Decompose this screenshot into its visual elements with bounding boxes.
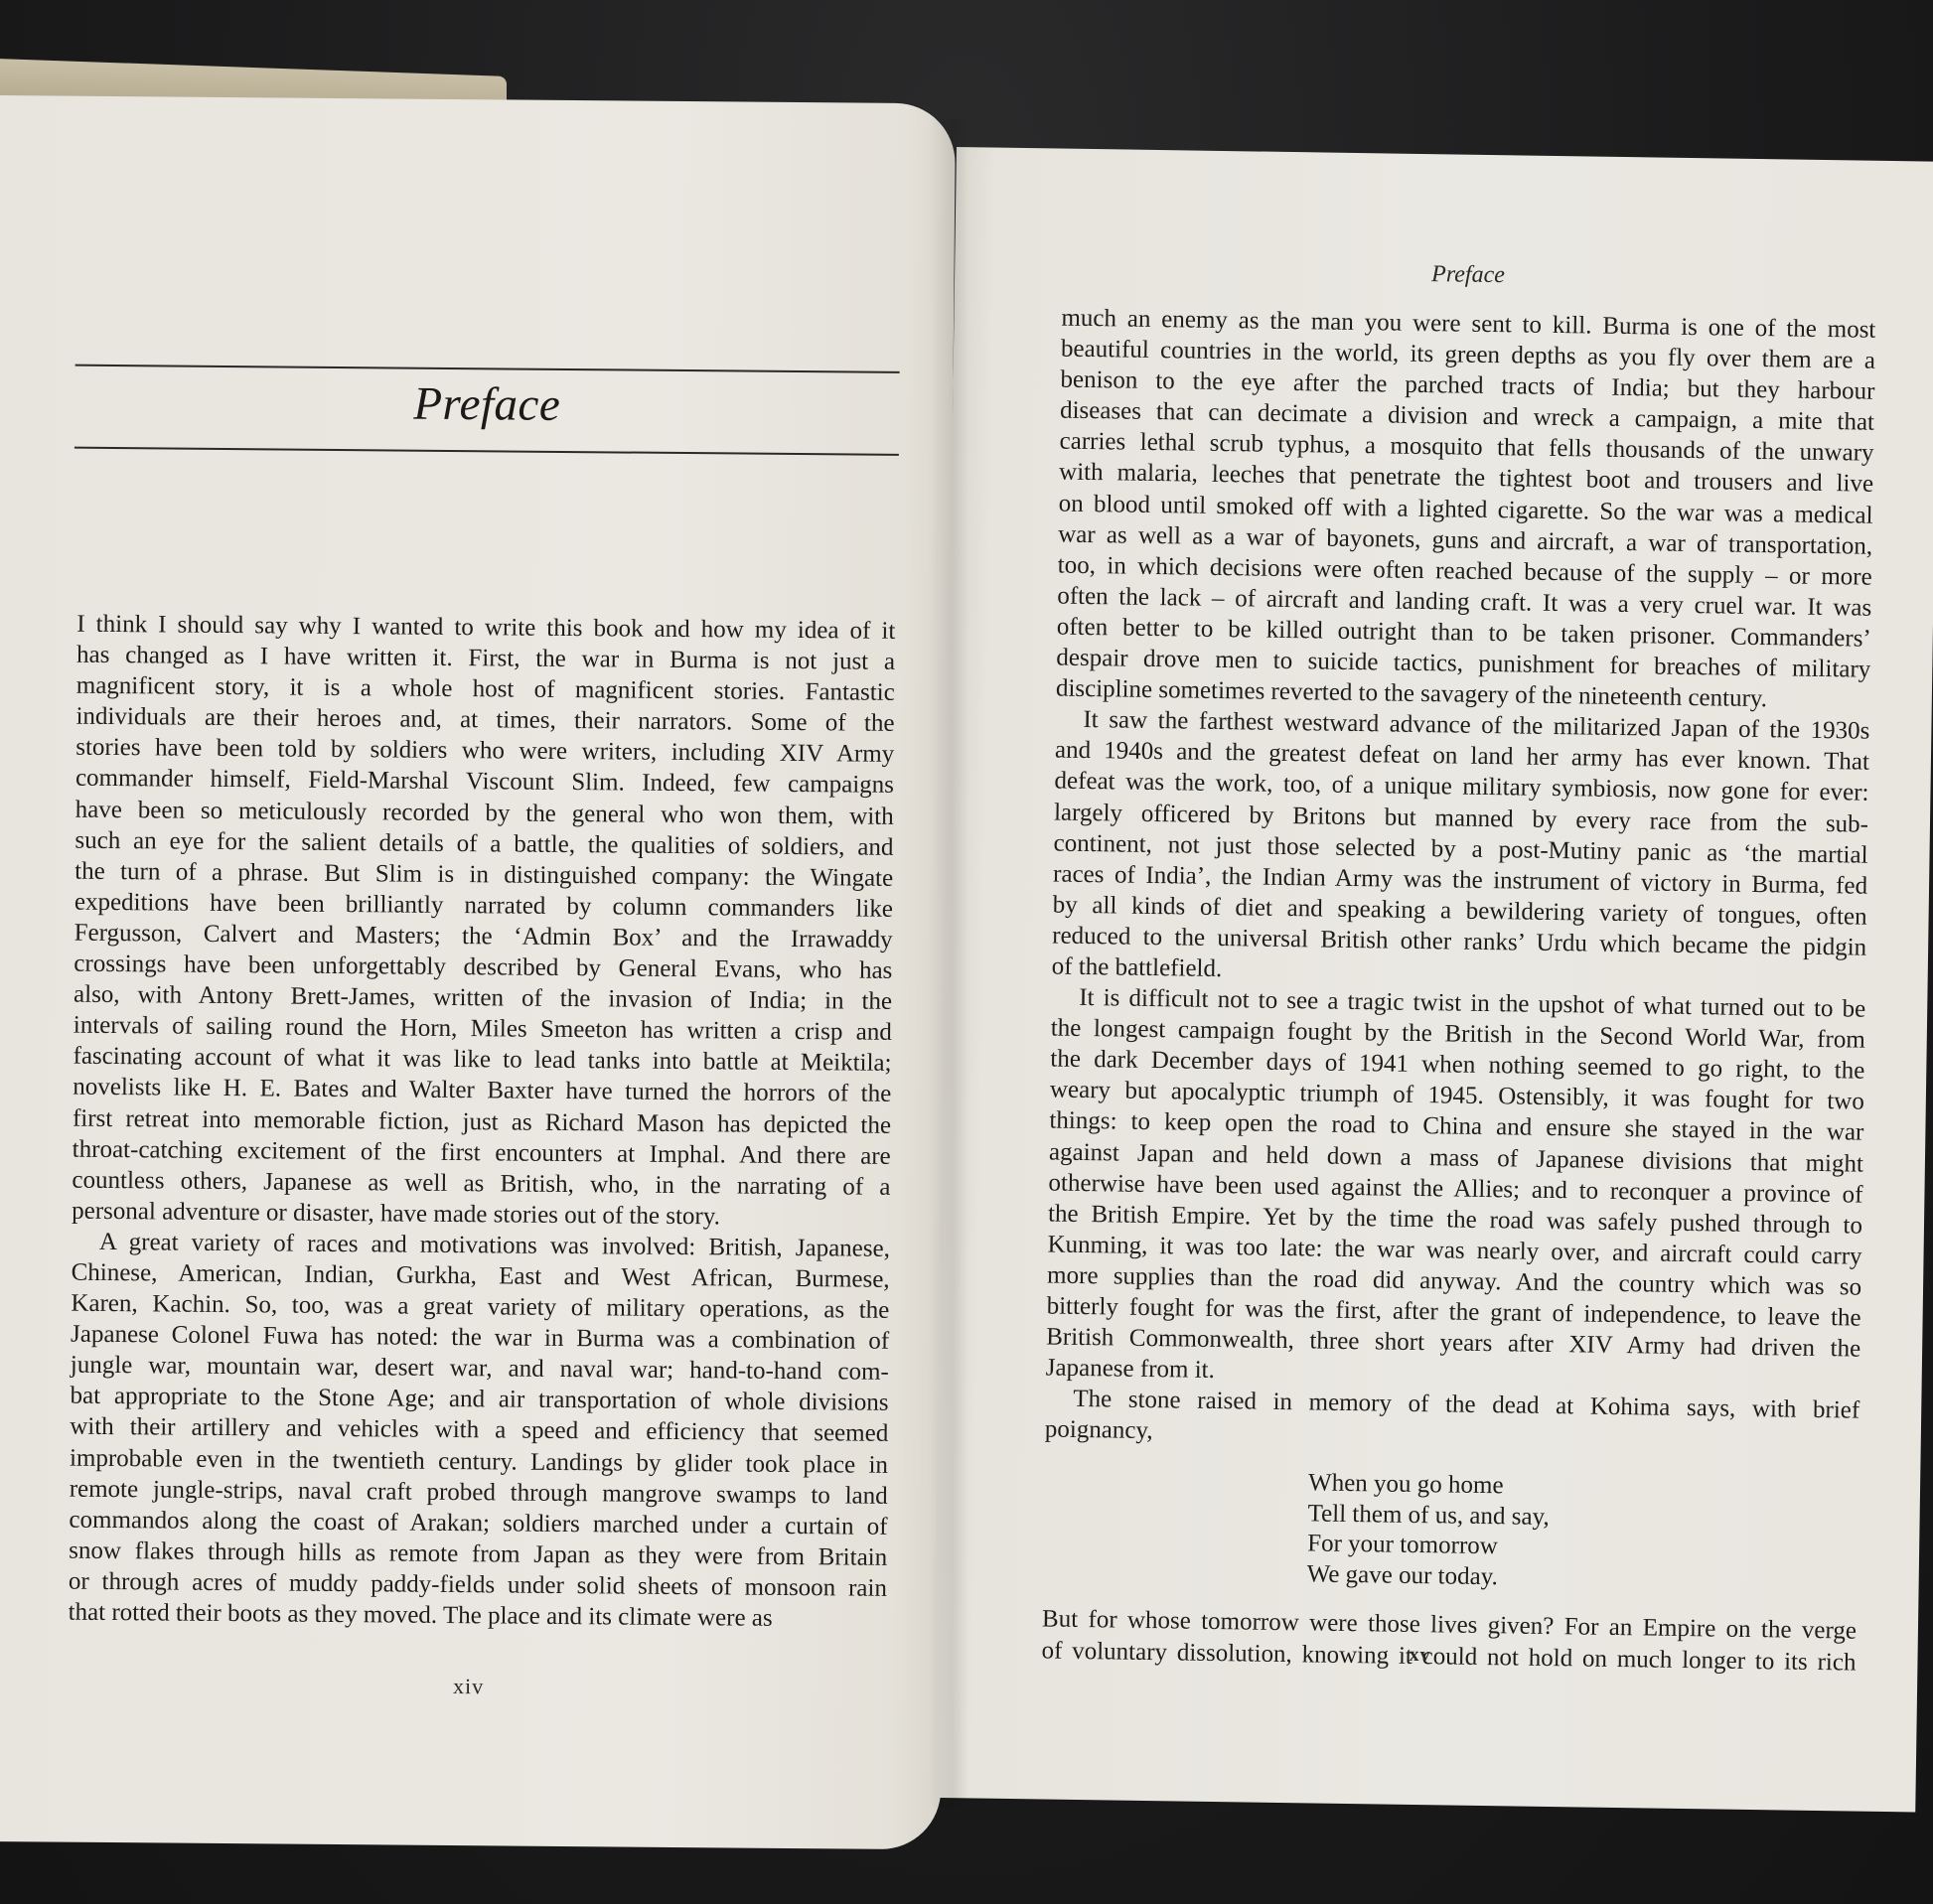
right-page: Preface much an enemy as the man you wer… [932, 147, 1933, 1813]
right-page-body: much an enemy as the man you were sent t… [1041, 303, 1875, 1679]
left-page: Preface I think I should say why I wante… [0, 95, 956, 1849]
kohima-epitaph-verse: When you go homeTell them of us, and say… [1306, 1469, 1859, 1598]
text-line: that rotted their boots as they moved. T… [69, 1597, 887, 1635]
chapter-title: Preface [74, 374, 899, 435]
paragraph: A great variety of races and motivations… [69, 1227, 890, 1635]
title-rule-top [75, 365, 900, 373]
paragraph: But for whose tomorrow were those lives … [1041, 1604, 1857, 1678]
paragraph: It saw the farthest westward advance of … [1052, 704, 1870, 994]
running-head: Preface [1431, 261, 1505, 289]
paragraph: I think I should say why I wanted to wri… [72, 609, 895, 1234]
paragraph: much an enemy as the man you were sent t… [1056, 303, 1876, 716]
left-page-body: I think I should say why I wanted to wri… [69, 609, 896, 1635]
page-number-left: xiv [453, 1674, 484, 1699]
title-rule-bottom [74, 447, 899, 456]
page-number-right: xv [1409, 1644, 1430, 1667]
paragraph: It is difficult not to see a tragic twis… [1046, 982, 1866, 1395]
paragraph: The stone raised in memory of the dead a… [1045, 1384, 1860, 1457]
